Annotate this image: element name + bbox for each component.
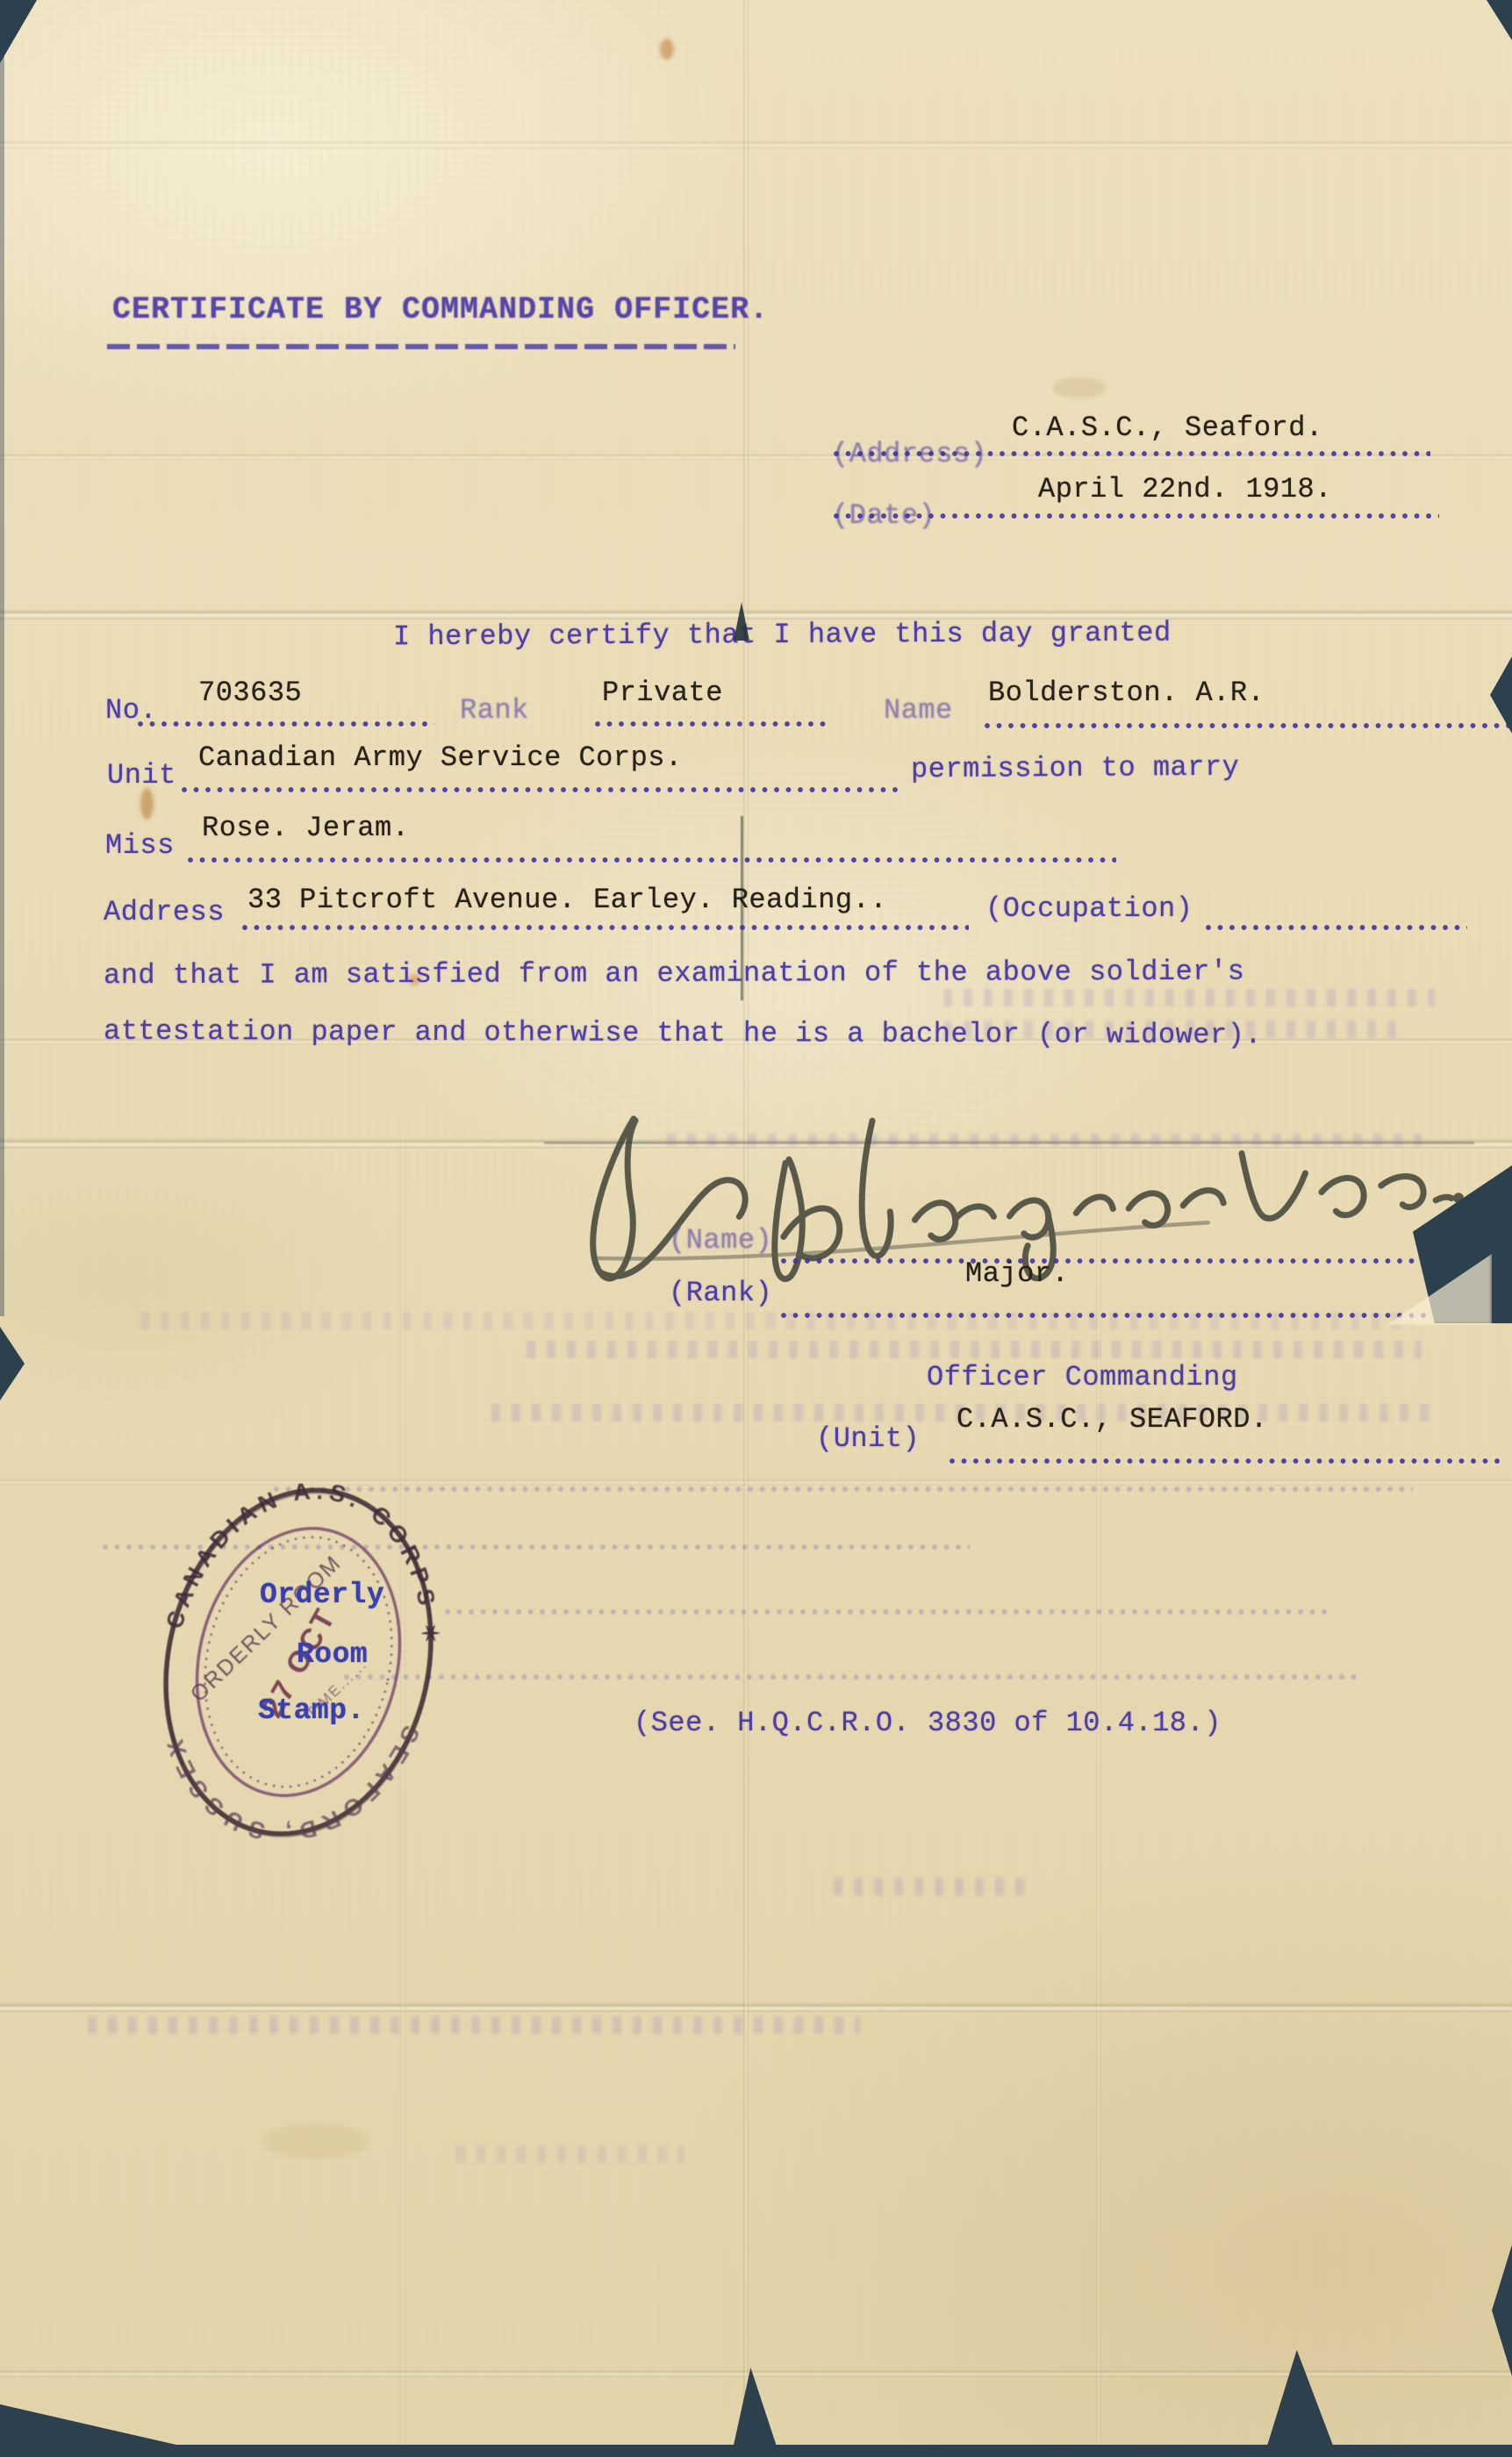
stain	[263, 2124, 369, 2159]
bride-name-value: Rose. Jeram.	[202, 813, 409, 843]
orderly-caption-line-1: Orderly	[260, 1579, 384, 1611]
ghost-text	[456, 2145, 684, 2163]
dotted-line	[832, 449, 1430, 458]
dotted-line	[240, 923, 969, 932]
orderly-caption-line-2: Room	[297, 1639, 368, 1671]
scanned-document: CERTIFICATE BY COMMANDING OFFICER. (Addr…	[0, 0, 1512, 2457]
dotted-line	[186, 856, 1116, 864]
stain	[1053, 377, 1106, 398]
sig-rank-value: Major.	[965, 1258, 1069, 1289]
dotted-line	[779, 1257, 1446, 1265]
statement-line-1: and that I am satisfied from an examinat…	[104, 956, 1245, 992]
paper-left-edge	[0, 53, 4, 1316]
rank-value: Private	[602, 677, 723, 708]
stain	[140, 788, 154, 820]
paper-bottom-edge	[0, 2445, 1512, 2457]
dotted-line	[832, 512, 1439, 520]
sig-unit-value: C.A.S.C., SEAFORD.	[957, 1404, 1268, 1435]
home-address-label: Address	[104, 897, 225, 928]
dotted-line	[779, 1311, 1446, 1320]
miss-label: Miss	[105, 830, 175, 861]
statement-line-2: attestation paper and otherwise that he …	[104, 1016, 1262, 1051]
document-title: CERTIFICATE BY COMMANDING OFFICER.	[112, 293, 769, 327]
ghost-text	[834, 1878, 1027, 1895]
title-underline	[107, 344, 735, 349]
orderly-caption-line-3: Stamp.	[258, 1695, 365, 1727]
sig-rank-label: (Rank)	[669, 1278, 772, 1308]
officer-commanding-line: Officer Commanding	[927, 1362, 1238, 1393]
ghost-text	[88, 2016, 860, 2034]
sig-unit-label: (Unit)	[816, 1423, 920, 1454]
home-address-value: 33 Pitcroft Avenue. Earley. Reading..	[247, 885, 887, 915]
dotted-line	[443, 1608, 1329, 1616]
ghost-text	[527, 1341, 1422, 1358]
address-value: C.A.S.C., Seaford.	[1012, 412, 1323, 443]
dotted-line	[180, 785, 898, 794]
unit-label: Unit	[107, 760, 176, 791]
dotted-line	[136, 720, 434, 728]
certify-line: I hereby certify that I have this day gr…	[393, 618, 1172, 653]
name-value: Bolderston. A.R.	[988, 677, 1265, 708]
dotted-line	[342, 1673, 1360, 1681]
dotted-line	[948, 1457, 1501, 1465]
service-number-value: 703635	[198, 677, 302, 708]
permission-text: permission to marry	[911, 752, 1240, 785]
stain	[660, 39, 674, 60]
occupation-label: (Occupation)	[985, 893, 1193, 924]
dotted-line	[1204, 923, 1467, 932]
ghost-text	[943, 989, 1435, 1006]
sig-name-label: (Name)	[669, 1225, 772, 1256]
see-reference-line: (See. H.Q.C.R.O. 3830 of 10.4.18.)	[634, 1708, 1222, 1738]
dotted-line	[983, 721, 1509, 730]
rank-label: Rank	[460, 695, 529, 726]
date-value: April 22nd. 1918.	[1038, 474, 1332, 505]
name-label: Name	[884, 695, 953, 726]
dotted-line	[593, 720, 826, 728]
unit-value: Canadian Army Service Corps.	[198, 742, 683, 773]
